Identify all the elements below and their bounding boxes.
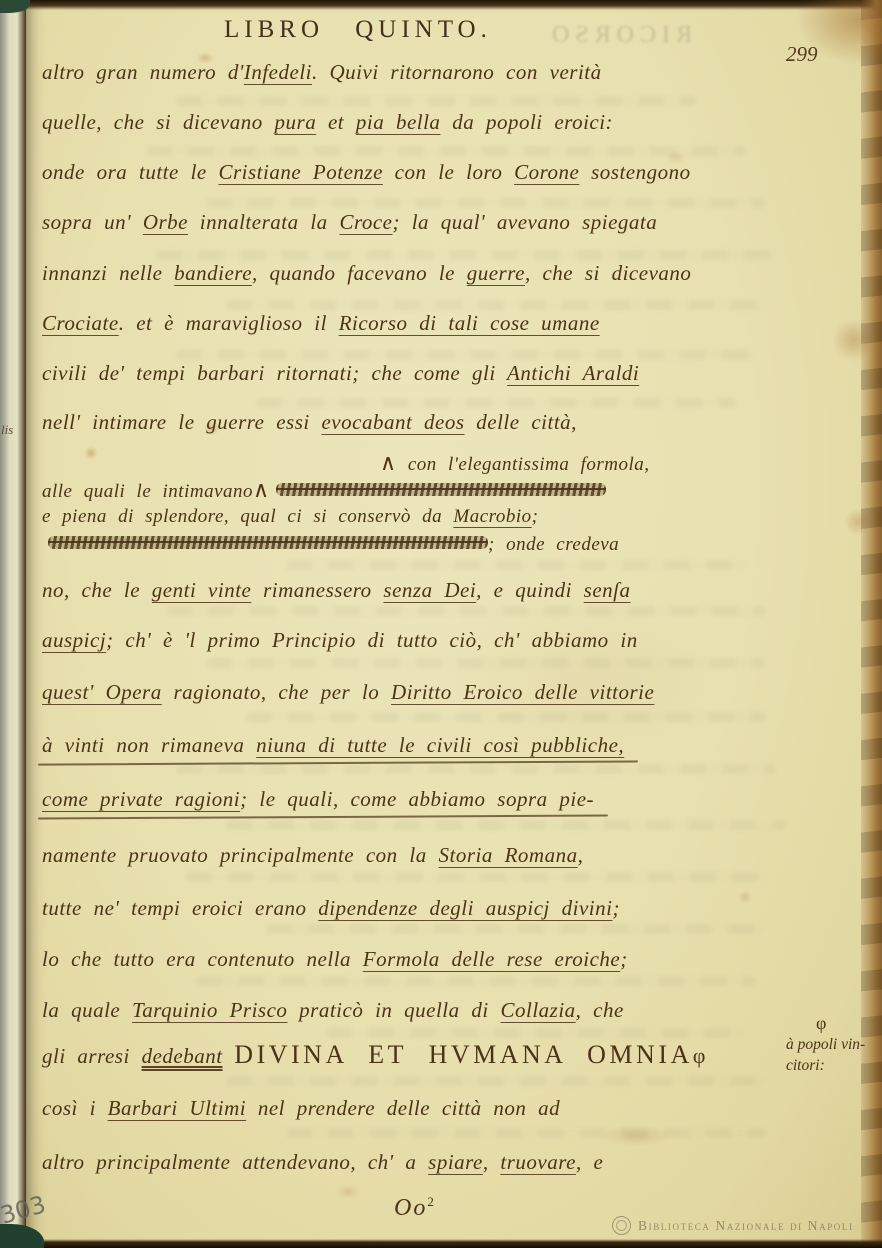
- manuscript-line: Crociate. et è maraviglioso il Ricorso d…: [42, 311, 600, 335]
- manuscript-line: come private ragioni; le quali, come abb…: [42, 787, 594, 811]
- bleed-through-line: [206, 658, 766, 668]
- manuscript-line: nell' intimare le guerre essi evocabant …: [42, 410, 577, 434]
- text-segment: nel prendere delle città non ad: [246, 1096, 560, 1120]
- underlined-segment: bandiere: [174, 261, 252, 285]
- underlined-segment: guerre: [467, 261, 525, 285]
- manuscript-line: namente pruovato principalmente con la S…: [42, 843, 583, 867]
- underlined-segment: evocabant deos: [321, 410, 464, 434]
- underlined-segment: Crociate: [42, 311, 119, 335]
- manuscript-line: e piena di splendore, qual ci si conserv…: [42, 506, 538, 528]
- text-segment: . et è maraviglioso il: [119, 311, 339, 335]
- catchword-letters: Oo: [394, 1195, 427, 1221]
- crossed-out-text: [276, 483, 606, 496]
- manuscript-page: RICORSO LIBRO QUINTO. 299 altro gran num…: [26, 0, 882, 1248]
- manuscript-line: ; onde credeva: [42, 534, 619, 556]
- text-segment: , che: [576, 998, 624, 1022]
- bleed-through-line: [226, 1076, 766, 1086]
- gutter-annotation: lis: [1, 422, 13, 438]
- bleed-through-line: [256, 398, 736, 408]
- underlined-segment: Tarquinio Prisco: [132, 998, 287, 1022]
- insertion-symbol: φ: [816, 1012, 865, 1035]
- text-segment: con l'elegantissima formola,: [397, 454, 650, 475]
- bleed-through-line: [176, 764, 776, 774]
- text-segment: la quale: [42, 998, 132, 1022]
- bleed-through-line: [166, 606, 766, 616]
- text-segment: nell' intimare le guerre essi: [42, 410, 321, 434]
- underlined-segment: genti vinte: [152, 578, 252, 602]
- manuscript-line: altro principalmente attendevano, ch' a …: [42, 1150, 603, 1174]
- underlined-segment: dedebant: [142, 1044, 223, 1068]
- insertion-mark: φ: [693, 1043, 706, 1068]
- underlined-segment: Formola delle rese eroiche: [363, 947, 620, 971]
- underlined-segment: come private ragioni: [42, 787, 240, 811]
- text-segment: à vinti non rimaneva: [42, 733, 256, 757]
- text-segment: gli arresi: [42, 1044, 142, 1068]
- manuscript-line: innanzi nelle bandiere, quando facevano …: [42, 261, 691, 285]
- manuscript-line: sopra un' Orbe innalterata la Croce; la …: [42, 210, 657, 234]
- latin-capitals-phrase: DIVINA ET HVMANA OMNIA: [234, 1040, 692, 1069]
- text-segment: ;: [612, 896, 620, 920]
- bleed-through-line: [226, 820, 786, 830]
- text-segment: , e: [576, 1150, 603, 1174]
- paper-stain: [84, 446, 98, 460]
- text-segment: civili de' tempi barbari ritornati; che …: [42, 361, 507, 385]
- text-segment: sostengono: [579, 160, 690, 184]
- bleed-through-line: [146, 146, 746, 156]
- catchword-exponent: 2: [427, 1194, 436, 1209]
- text-segment: ; onde credeva: [488, 534, 619, 555]
- manuscript-line: no, che le genti vinte rimanessero senza…: [42, 578, 631, 602]
- underlined-segment: Storia Romana: [439, 843, 578, 867]
- text-segment: rimanessero: [251, 578, 383, 602]
- underlined-segment: Cristiane Potenze: [218, 160, 382, 184]
- underlined-segment: Ricorso di tali cose umane: [339, 311, 600, 335]
- folio-page-number: 299: [786, 42, 818, 67]
- bleed-through-line: [176, 350, 756, 360]
- underlined-segment: Orbe: [143, 210, 188, 234]
- underlined-segment: quest' Opera: [42, 680, 162, 704]
- text-segment: con le loro: [383, 160, 514, 184]
- text-segment: ; ch' è 'l primo Principio di tutto ciò,…: [106, 628, 638, 652]
- bleed-through-line: [246, 712, 766, 722]
- bleed-through-line: [326, 1028, 746, 1038]
- underlined-segment: Barbari Ultimi: [108, 1096, 246, 1120]
- bleed-through-line: [266, 924, 766, 934]
- manuscript-line: tutte ne' tempi eroici erano dipendenze …: [42, 896, 620, 920]
- margin-note-line2: citori:: [786, 1057, 825, 1074]
- manuscript-line: gli arresi dedebant DIVINA ET HVMANA OMN…: [42, 1040, 706, 1070]
- page-top-edge: [26, 0, 882, 10]
- crossed-out-text: [48, 536, 488, 549]
- text-segment: ragionato, che per lo: [162, 680, 391, 704]
- text-segment: lo che tutto era contenuto nella: [42, 947, 363, 971]
- paper-stain: [336, 1185, 360, 1199]
- library-monogram-icon: [612, 1216, 631, 1235]
- text-segment: altro gran numero d': [42, 60, 244, 84]
- text-segment: altro principalmente attendevano, ch' a: [42, 1150, 428, 1174]
- manuscript-line: alle quali le intimavano∧: [42, 477, 606, 503]
- underlined-segment: Macrobio: [453, 506, 531, 527]
- manuscript-line: onde ora tutte le Cristiane Potenze con …: [42, 160, 691, 184]
- manuscript-line: auspicj; ch' è 'l primo Principio di tut…: [42, 628, 638, 652]
- underlined-segment: Infedeli: [244, 60, 312, 84]
- text-segment: quelle, che si dicevano: [42, 110, 275, 134]
- underlined-segment: niuna di tutte le civili così pubbliche,: [256, 733, 624, 757]
- text-segment: ,: [578, 843, 584, 867]
- text-segment: onde ora tutte le: [42, 160, 218, 184]
- manuscript-line: à vinti non rimaneva niuna di tutte le c…: [42, 733, 624, 757]
- text-segment: da popoli eroici:: [440, 110, 613, 134]
- text-segment: namente pruovato principalmente con la: [42, 843, 439, 867]
- text-segment: innalterata la: [188, 210, 339, 234]
- underlined-segment: Corone: [514, 160, 579, 184]
- library-stamp: Biblioteca Nazionale di Napoli: [612, 1216, 854, 1235]
- text-segment: sopra un': [42, 210, 143, 234]
- underlined-segment: Croce: [339, 210, 392, 234]
- bleed-through-line: [226, 300, 766, 310]
- text-segment: et: [316, 110, 356, 134]
- bleed-through-mirrored-title: RICORSO: [546, 22, 692, 49]
- manuscript-line: la quale Tarquinio Prisco praticò in que…: [42, 998, 624, 1022]
- underlined-segment: senza Dei: [383, 578, 476, 602]
- bleed-through-line: [186, 872, 766, 882]
- underlined-segment: dipendenze degli auspicj divini: [318, 896, 612, 920]
- bleed-through-line: [286, 560, 746, 570]
- manuscript-line: quest' Opera ragionato, che per lo Dirit…: [42, 680, 654, 704]
- text-segment: ; le quali, come abbiamo sopra pie-: [240, 787, 594, 811]
- text-segment: e piena di splendore, qual ci si conserv…: [42, 506, 453, 527]
- text-segment: . Quivi ritornarono con verità: [312, 60, 602, 84]
- paper-stain: [601, 1125, 671, 1147]
- insertion-mark: ∧: [380, 450, 397, 475]
- manuscript-line: altro gran numero d'Infedeli. Quivi rito…: [42, 60, 602, 84]
- bleed-through-line: [196, 976, 756, 986]
- underlined-segment: Diritto Eroico delle vittorie: [391, 680, 654, 704]
- manuscript-line: civili de' tempi barbari ritornati; che …: [42, 361, 639, 385]
- margin-note: φ à popoli vin- citori:: [786, 1012, 865, 1076]
- text-segment: ,: [483, 1150, 501, 1174]
- text-segment: praticò in quella di: [287, 998, 500, 1022]
- text-segment: , che si dicevano: [525, 261, 691, 285]
- text-segment: delle città,: [465, 410, 577, 434]
- text-segment: innanzi nelle: [42, 261, 174, 285]
- text-segment: tutte ne' tempi eroici erano: [42, 896, 318, 920]
- text-segment: , quando facevano le: [252, 261, 467, 285]
- underlined-segment: Collazia: [500, 998, 575, 1022]
- underlined-segment: senſa: [584, 578, 631, 602]
- text-segment: ;: [620, 947, 628, 971]
- text-segment: alle quali le intimavano: [42, 481, 253, 502]
- bleed-through-line: [176, 96, 696, 106]
- bleed-through-line: [156, 250, 776, 260]
- bleed-through-line: [206, 198, 766, 208]
- underlined-segment: auspicj: [42, 628, 106, 652]
- manuscript-line: così i Barbari Ultimi nel prendere delle…: [42, 1096, 560, 1120]
- underlined-segment: pia bella: [356, 110, 441, 134]
- insertion-mark: ∧: [253, 477, 270, 502]
- text-segment: così i: [42, 1096, 108, 1120]
- paper-stain: [738, 890, 752, 904]
- chapter-heading: LIBRO QUINTO.: [224, 16, 492, 44]
- text-segment: ; la qual' avevano spiegata: [392, 210, 657, 234]
- text-segment: ;: [532, 506, 539, 527]
- book-gutter-facing-page-edge: [0, 0, 26, 1248]
- bleed-through-line: [286, 1128, 766, 1138]
- manuscript-line: lo che tutto era contenuto nella Formola…: [42, 947, 628, 971]
- margin-note-line1: à popoli vin-: [786, 1036, 865, 1053]
- catchword-signature: Oo2: [394, 1194, 436, 1222]
- manuscript-line: quelle, che si dicevano pura et pia bell…: [42, 110, 613, 134]
- underlined-segment: spiare: [428, 1150, 483, 1174]
- library-stamp-text: Biblioteca Nazionale di Napoli: [638, 1218, 854, 1234]
- underlined-segment: truovare: [500, 1150, 576, 1174]
- manuscript-line: ∧ con l'elegantissima formola,: [380, 450, 650, 476]
- text-segment: [223, 1044, 235, 1068]
- text-segment: no, che le: [42, 578, 152, 602]
- underlined-segment: pura: [275, 110, 317, 134]
- page-bottom-edge: [26, 1239, 882, 1248]
- underlined-segment: Antichi Araldi: [507, 361, 639, 385]
- text-segment: , e quindi: [476, 578, 584, 602]
